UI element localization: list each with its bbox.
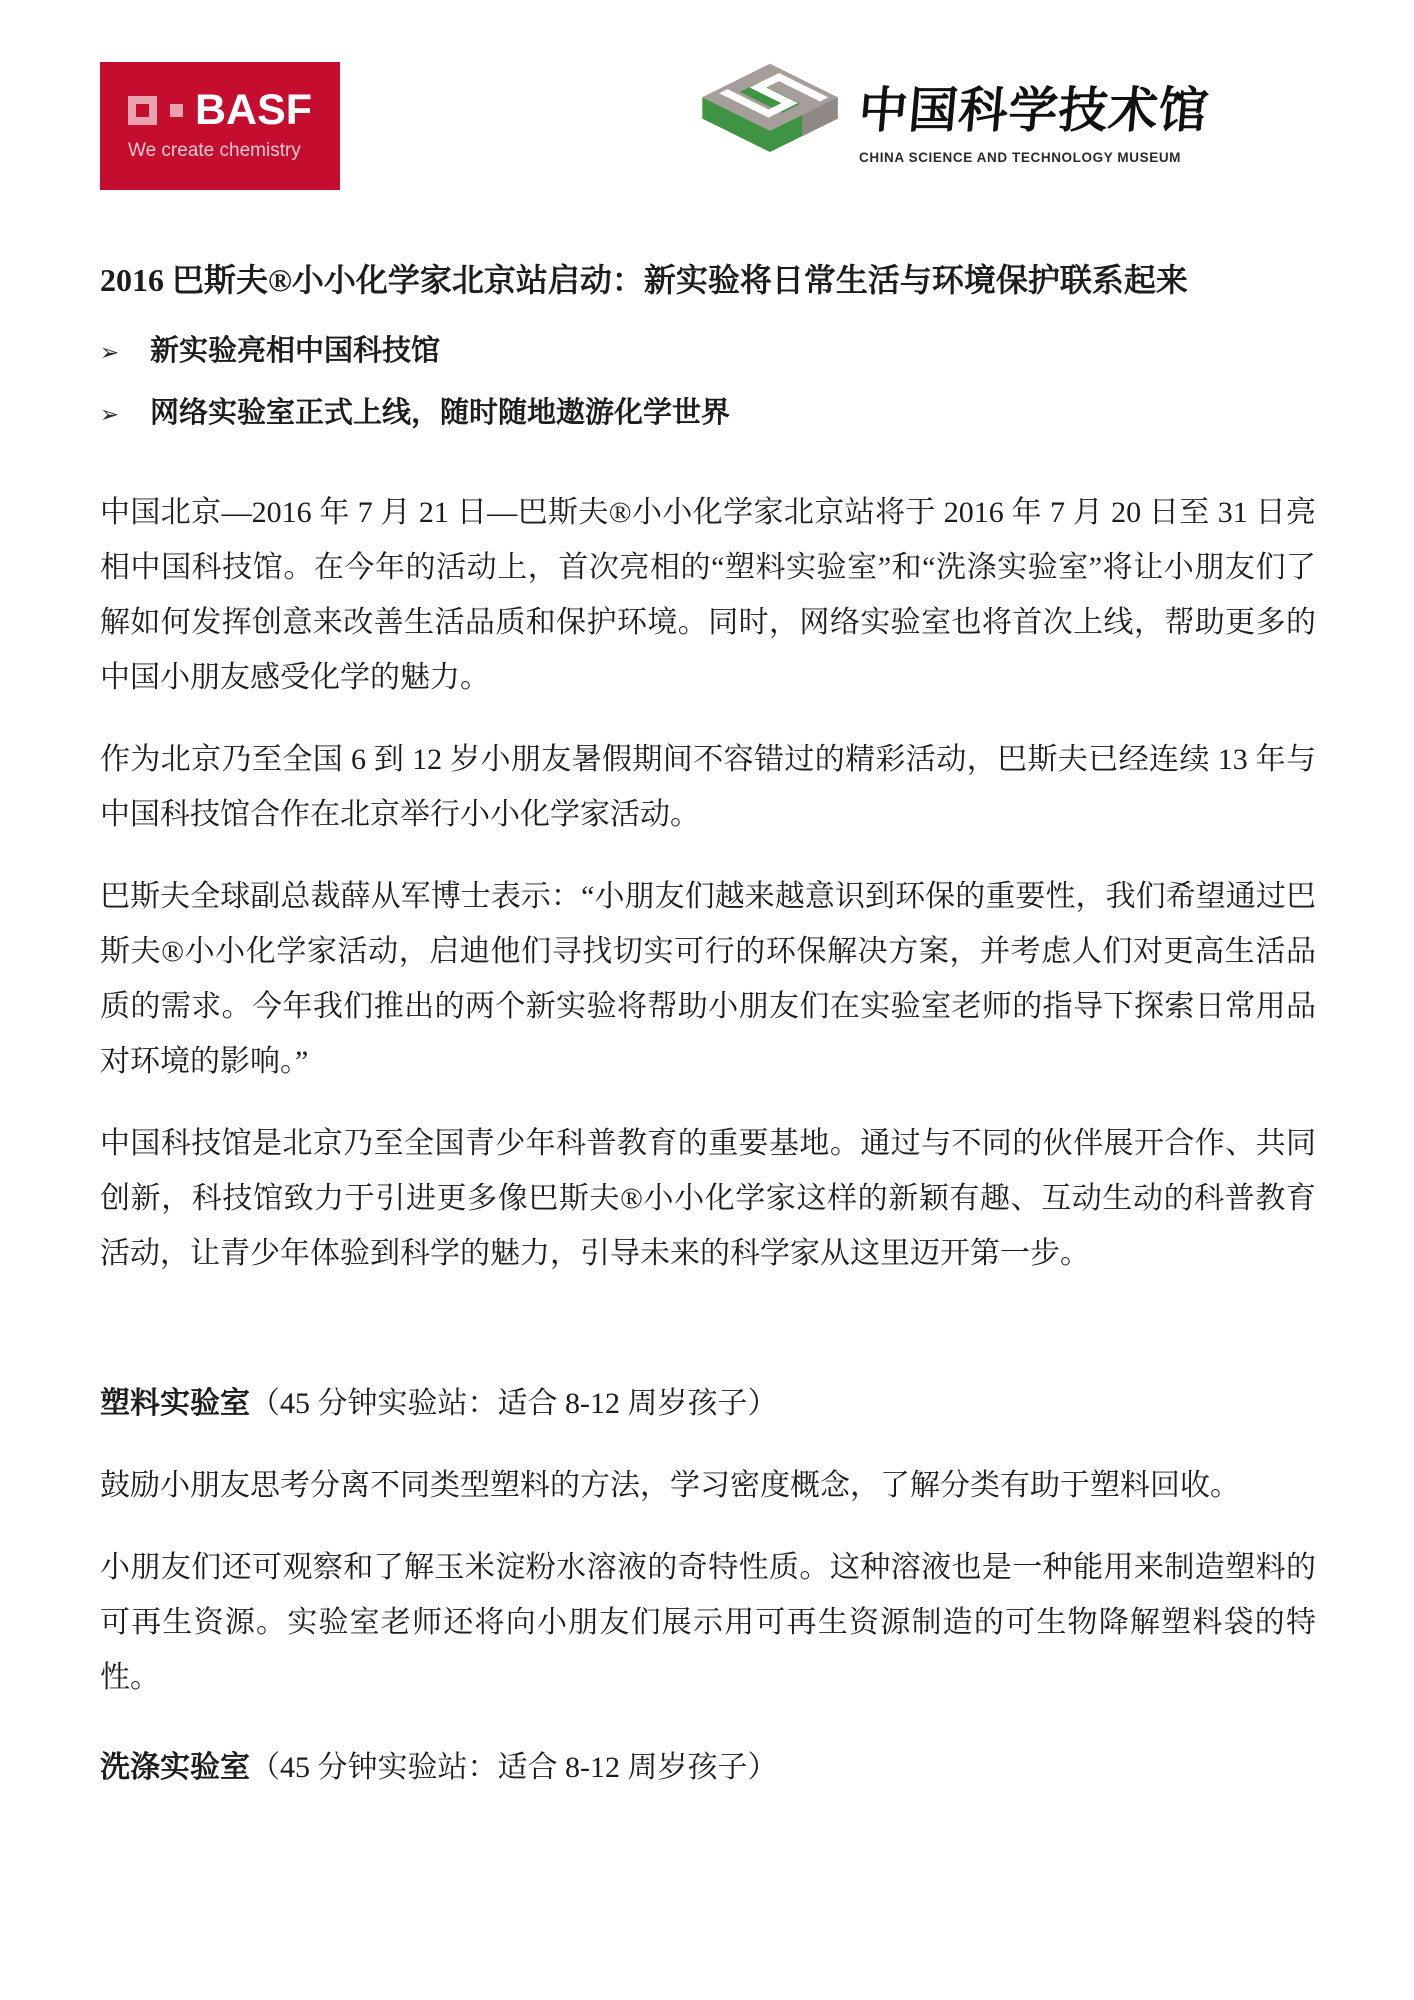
press-release: 2016 巴斯夫®小小化学家北京站启动：新实验将日常生活与环境保护联系起来 ➢ … [100, 252, 1316, 1822]
document-page: BASF We create chemistry 中国科学技术馆 CHIN [0, 0, 1414, 2000]
arrowhead-bullet-icon: ➢ [100, 385, 150, 445]
basf-small-square-icon [170, 104, 183, 117]
basf-wordmark: BASF [195, 92, 312, 128]
arrowhead-bullet-icon: ➢ [100, 323, 150, 383]
bullet-item: ➢ 网络实验室正式上线，随时随地遨游化学世界 [100, 383, 1316, 445]
basf-outline-square-icon [128, 96, 157, 125]
cstm-s-cube-icon [695, 58, 845, 177]
paragraph: 作为北京乃至全国 6 到 12 岁小朋友暑假期间不容错过的精彩活动，巴斯夫已经连… [100, 732, 1316, 842]
cstm-logo-text: 中国科学技术馆 CHINA SCIENCE AND TECHNOLOGY MUS… [859, 58, 1209, 165]
page-title: 2016 巴斯夫®小小化学家北京站启动：新实验将日常生活与环境保护联系起来 [100, 252, 1316, 309]
highlight-bullets: ➢ 新实验亮相中国科技馆 ➢ 网络实验室正式上线，随时随地遨游化学世界 [100, 321, 1316, 445]
lab-details: （45 分钟实验站：适合 8-12 周岁孩子） [250, 1751, 778, 1784]
cstm-logo: 中国科学技术馆 CHINA SCIENCE AND TECHNOLOGY MUS… [695, 58, 1209, 177]
bullet-text: 新实验亮相中国科技馆 [150, 321, 440, 381]
cstm-name-en: CHINA SCIENCE AND TECHNOLOGY MUSEUM [859, 150, 1209, 165]
basf-logo-row: BASF [128, 92, 340, 128]
section-heading-detergent-lab: 洗涤实验室（45 分钟实验站：适合 8-12 周岁孩子） [100, 1740, 1316, 1795]
cstm-name-zh: 中国科学技术馆 [856, 72, 1212, 142]
section-heading-plastics-lab: 塑料实验室（45 分钟实验站：适合 8-12 周岁孩子） [100, 1376, 1316, 1431]
paragraph: 鼓励小朋友思考分离不同类型塑料的方法，学习密度概念，了解分类有助于塑料回收。 [100, 1458, 1316, 1513]
lab-name: 塑料实验室 [100, 1387, 250, 1420]
paragraph: 小朋友们还可观察和了解玉米淀粉水溶液的奇特性质。这种溶液也是一种能用来制造塑料的… [100, 1540, 1316, 1705]
paragraph-dateline: 中国北京—2016 年 7 月 21 日—巴斯夫®小小化学家北京站将于 2016… [100, 485, 1316, 705]
lab-name: 洗涤实验室 [100, 1751, 250, 1784]
paragraph: 中国科技馆是北京乃至全国青少年科普教育的重要基地。通过与不同的伙伴展开合作、共同… [100, 1116, 1316, 1281]
basf-logo: BASF We create chemistry [100, 62, 340, 190]
lab-details: （45 分钟实验站：适合 8-12 周岁孩子） [250, 1387, 778, 1420]
paragraph-quote: 巴斯夫全球副总裁薛从军博士表示：“小朋友们越来越意识到环保的重要性，我们希望通过… [100, 869, 1316, 1089]
body-text: 中国北京—2016 年 7 月 21 日—巴斯夫®小小化学家北京站将于 2016… [100, 485, 1316, 1795]
bullet-item: ➢ 新实验亮相中国科技馆 [100, 321, 1316, 383]
bullet-text: 网络实验室正式上线，随时随地遨游化学世界 [150, 383, 730, 443]
basf-tagline: We create chemistry [128, 140, 340, 162]
